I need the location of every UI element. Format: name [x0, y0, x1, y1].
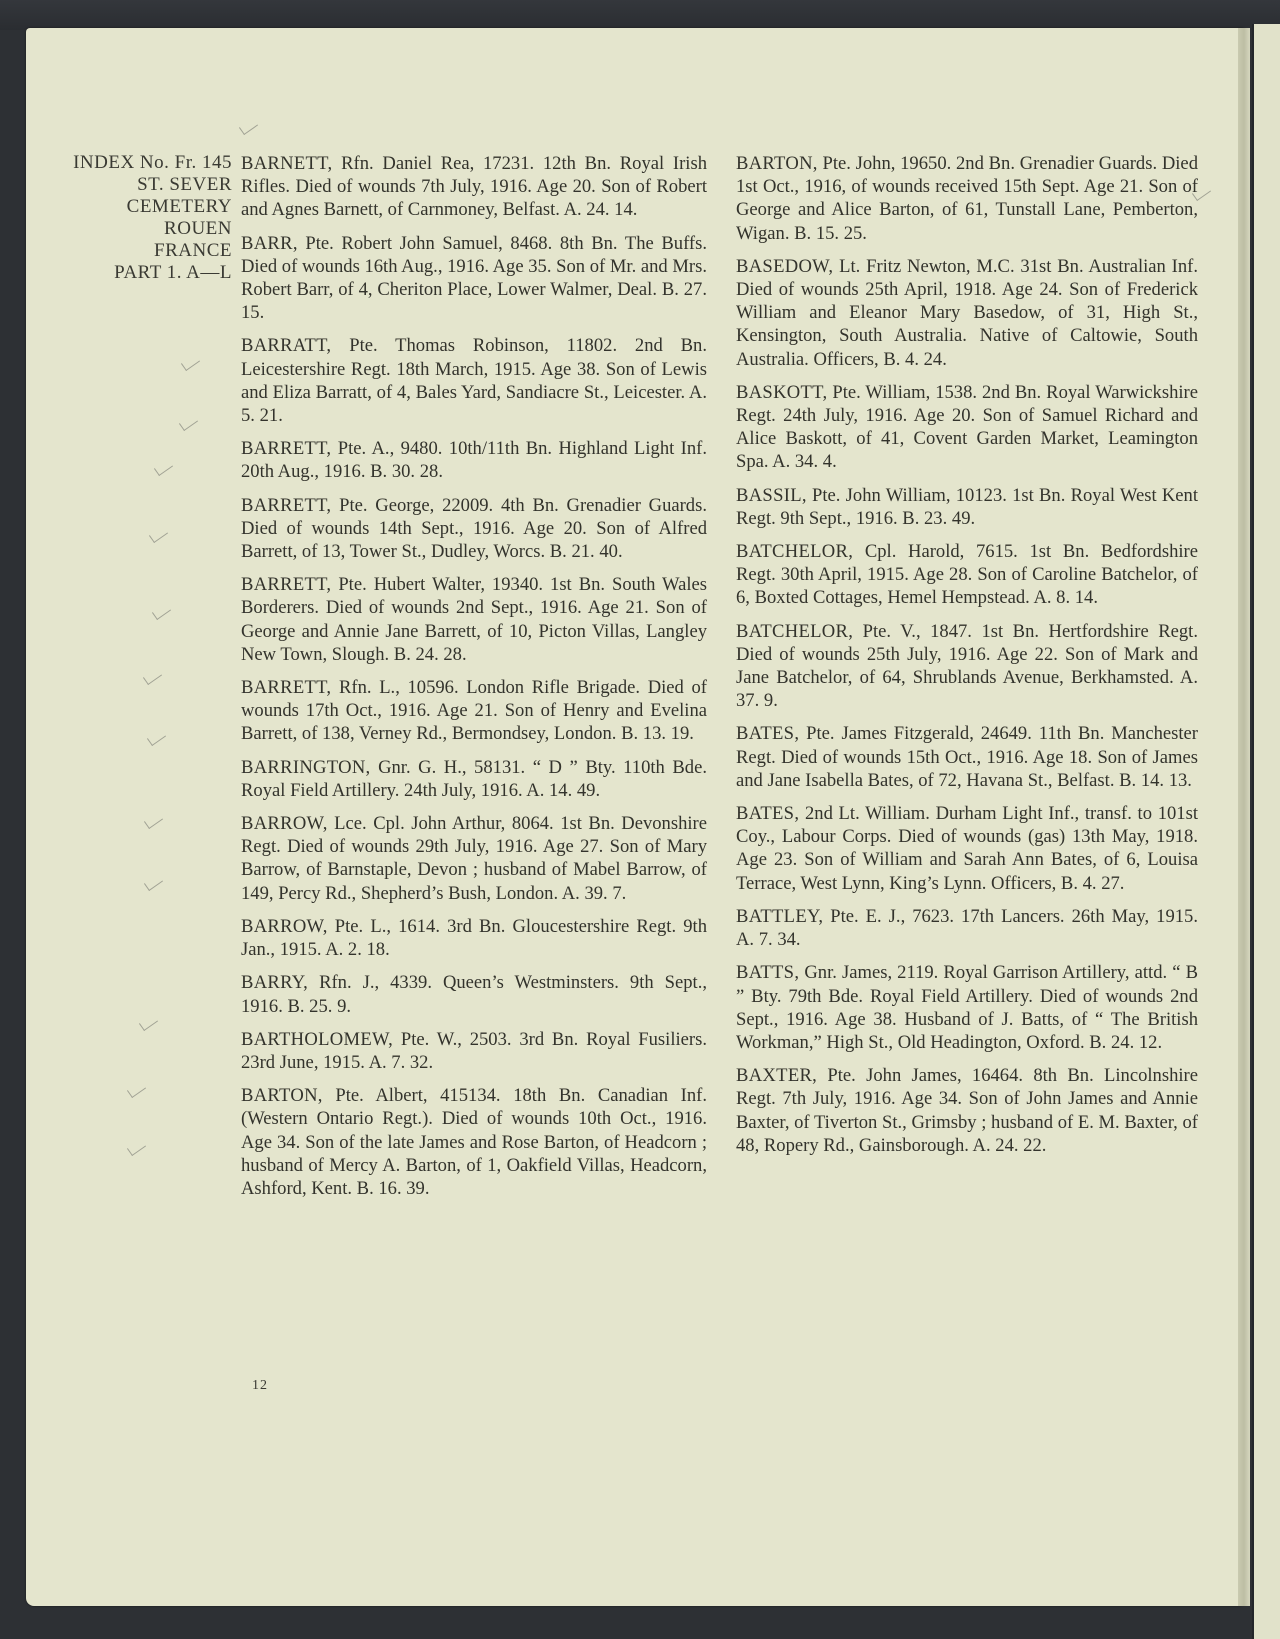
casualty-entry: BARR, Pte. Robert John Samuel, 8468. 8th… [241, 232, 707, 325]
casualty-entry: BASKOTT, Pte. William, 1538. 2nd Bn. Roy… [736, 381, 1198, 474]
page-number: 12 [252, 1378, 268, 1394]
index-number: INDEX No. Fr. 145 [73, 152, 232, 174]
casualty-entry: BARRETT, Rfn. L., 10596. London Rifle Br… [241, 676, 707, 746]
page-gutter-shadow [1238, 28, 1250, 1606]
casualty-entry: BARRETT, Pte. Hubert Walter, 19340. 1st … [241, 573, 707, 666]
casualty-entry: BARROW, Pte. L., 1614. 3rd Bn. Glouceste… [241, 915, 707, 961]
casualty-entry: BARTHOLOMEW, Pte. W., 2503. 3rd Bn. Roya… [241, 1028, 707, 1074]
casualty-entry: BATES, 2nd Lt. William. Durham Light Inf… [736, 802, 1198, 895]
casualty-entry: BARRETT, Pte. George, 22009. 4th Bn. Gre… [241, 494, 707, 564]
casualty-entry: BATCHELOR, Cpl. Harold, 7615. 1st Bn. Be… [736, 540, 1198, 610]
location-country: FRANCE [73, 240, 232, 262]
casualty-entry: BARRINGTON, Gnr. G. H., 58131. “ D ” Bty… [241, 756, 707, 802]
casualty-entry: BASSIL, Pte. John William, 10123. 1st Bn… [736, 484, 1198, 530]
casualty-entry: BARTON, Pte. John, 19650. 2nd Bn. Grenad… [736, 152, 1198, 245]
right-column: BARTON, Pte. John, 19650. 2nd Bn. Grenad… [736, 152, 1198, 1167]
casualty-entry: BATTS, Gnr. James, 2119. Royal Garrison … [736, 961, 1198, 1054]
cemetery-name-line2: CEMETERY [73, 196, 232, 218]
casualty-entry: BARRETT, Pte. A., 9480. 10th/11th Bn. Hi… [241, 437, 707, 483]
left-column: BARNETT, Rfn. Daniel Rea, 17231. 12th Bn… [241, 152, 707, 1210]
scan-background [0, 0, 1280, 30]
casualty-entry: BASEDOW, Lt. Fritz Newton, M.C. 31st Bn.… [736, 255, 1198, 371]
casualty-entry: BATCHELOR, Pte. V., 1847. 1st Bn. Hertfo… [736, 620, 1198, 713]
cemetery-name-line1: ST. SEVER [73, 174, 232, 196]
part-range: PART 1. A—L [73, 262, 232, 284]
casualty-entry: BATES, Pte. James Fitzgerald, 24649. 11t… [736, 722, 1198, 792]
casualty-entry: BARROW, Lce. Cpl. John Arthur, 8064. 1st… [241, 812, 707, 905]
casualty-entry: BARTON, Pte. Albert, 415134. 18th Bn. Ca… [241, 1084, 707, 1200]
casualty-entry: BATTLEY, Pte. E. J., 7623. 17th Lancers.… [736, 905, 1198, 951]
casualty-entry: BARRATT, Pte. Thomas Robinson, 11802. 2n… [241, 334, 707, 427]
casualty-entry: BARRY, Rfn. J., 4339. Queen’s Westminste… [241, 971, 707, 1017]
casualty-entry: BAXTER, Pte. John James, 16464. 8th Bn. … [736, 1064, 1198, 1157]
casualty-entry: BARNETT, Rfn. Daniel Rea, 17231. 12th Bn… [241, 152, 707, 222]
cemetery-index-heading: INDEX No. Fr. 145 ST. SEVER CEMETERY ROU… [73, 152, 232, 284]
location-city: ROUEN [73, 218, 232, 240]
facing-page-edge [1252, 24, 1280, 1639]
